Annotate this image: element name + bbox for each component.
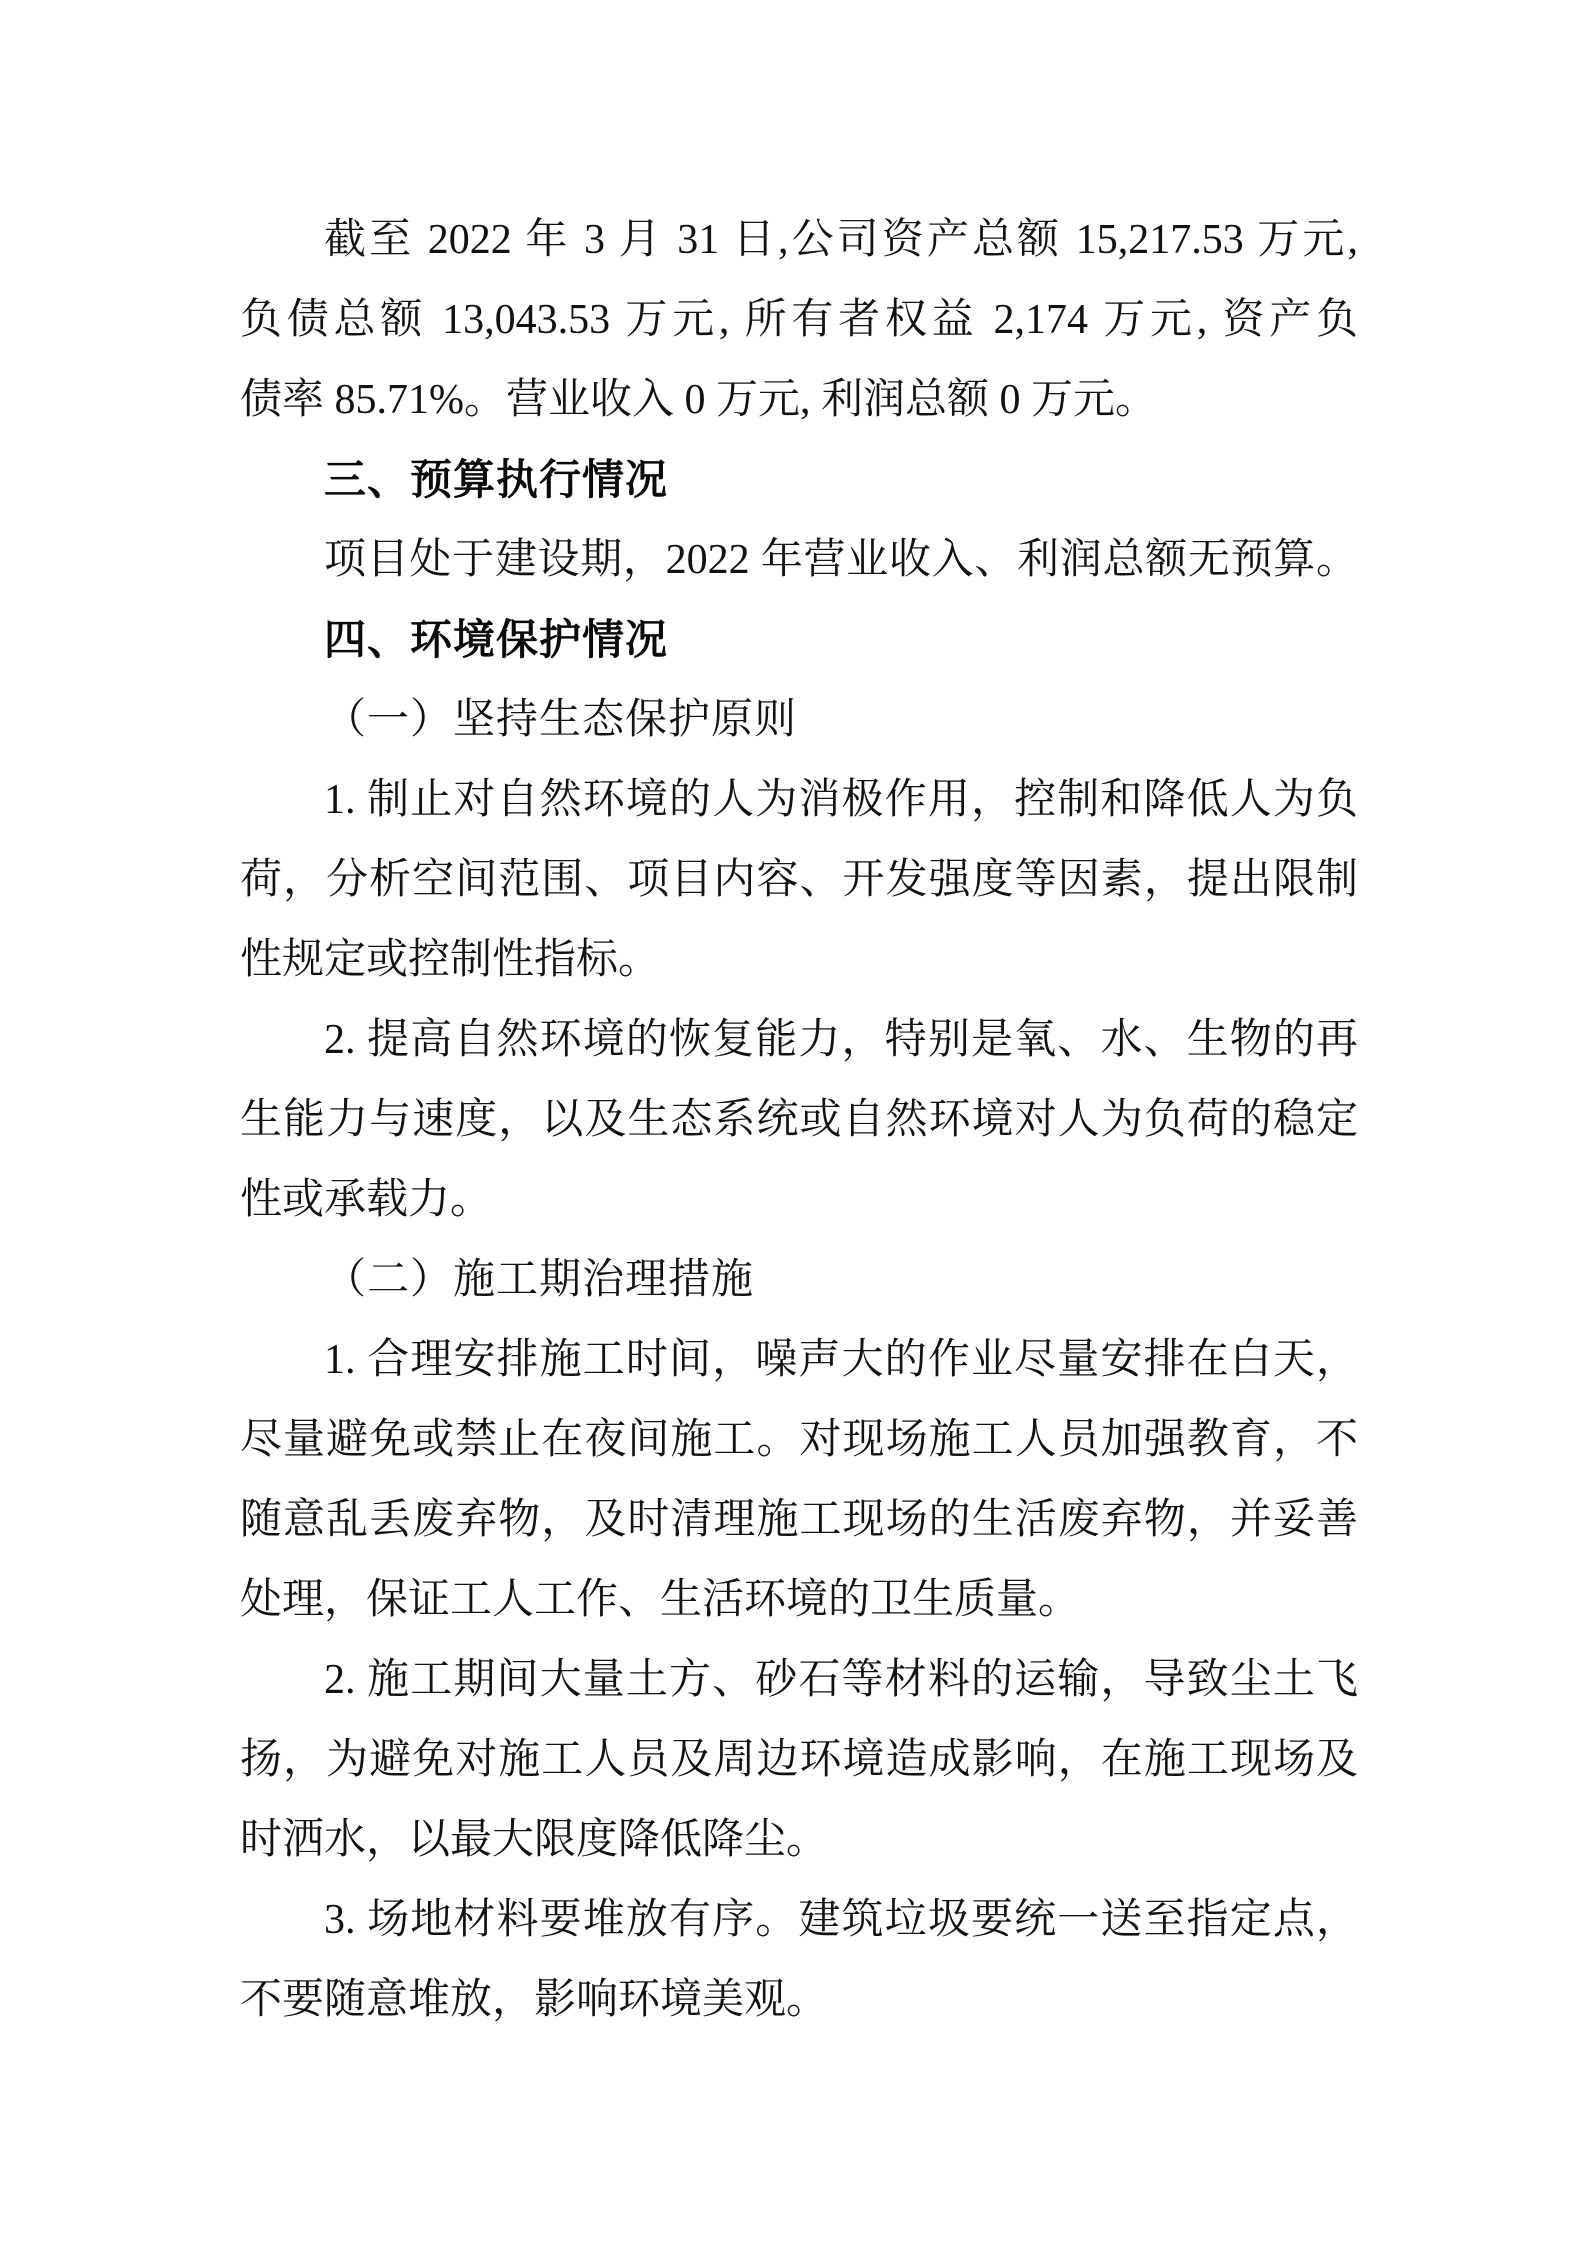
para-budget-line-1: 项目处于建设期，2022 年营业收入、利润总额无预算。 [240,520,1358,600]
para-finance-line-1: 截至 2022 年 3 月 31 日,公司资产总额 15,217.53 万元, [240,200,1358,280]
heading-environment-protection: 四、环境保护情况 [240,600,1358,680]
subheading-construction-measures: （二）施工期治理措施 [240,1240,1358,1320]
para-item1-line-1: 1. 制止对自然环境的人为消极作用，控制和降低人为负 [240,760,1358,840]
para-measure1-line-2: 尽量避免或禁止在夜间施工。对现场施工人员加强教育，不 [240,1400,1358,1480]
para-measure1-line-3: 随意乱丢废弃物，及时清理施工现场的生活废弃物，并妥善 [240,1480,1358,1560]
para-finance-line-2: 负债总额 13,043.53 万元, 所有者权益 2,174 万元, 资产负 [240,280,1358,360]
para-measure2-line-1: 2. 施工期间大量土方、砂石等材料的运输，导致尘土飞 [240,1640,1358,1720]
para-item1-line-3: 性规定或控制性指标。 [240,920,1358,1000]
para-measure3-line-2: 不要随意堆放，影响环境美观。 [240,1960,1358,2040]
subheading-ecology-principle: （一）坚持生态保护原则 [240,680,1358,760]
para-item2-line-2: 生能力与速度，以及生态系统或自然环境对人为负荷的稳定 [240,1080,1358,1160]
para-measure1-line-4: 处理，保证工人工作、生活环境的卫生质量。 [240,1560,1358,1640]
para-measure2-line-2: 扬，为避免对施工人员及周边环境造成影响，在施工现场及 [240,1720,1358,1800]
para-measure3-line-1: 3. 场地材料要堆放有序。建筑垃圾要统一送至指定点， [240,1880,1358,1960]
document-page: 截至 2022 年 3 月 31 日,公司资产总额 15,217.53 万元, … [0,0,1587,2245]
para-measure1-line-1: 1. 合理安排施工时间，噪声大的作业尽量安排在白天， [240,1320,1358,1400]
para-item2-line-3: 性或承载力。 [240,1160,1358,1240]
para-item1-line-2: 荷，分析空间范围、项目内容、开发强度等因素，提出限制 [240,840,1358,920]
heading-budget-execution: 三、预算执行情况 [240,440,1358,520]
para-measure2-line-3: 时洒水，以最大限度降低降尘。 [240,1800,1358,1880]
document-text-block: 截至 2022 年 3 月 31 日,公司资产总额 15,217.53 万元, … [240,200,1358,2040]
para-finance-line-3: 债率 85.71%。营业收入 0 万元, 利润总额 0 万元。 [240,360,1358,440]
para-item2-line-1: 2. 提高自然环境的恢复能力，特别是氧、水、生物的再 [240,1000,1358,1080]
